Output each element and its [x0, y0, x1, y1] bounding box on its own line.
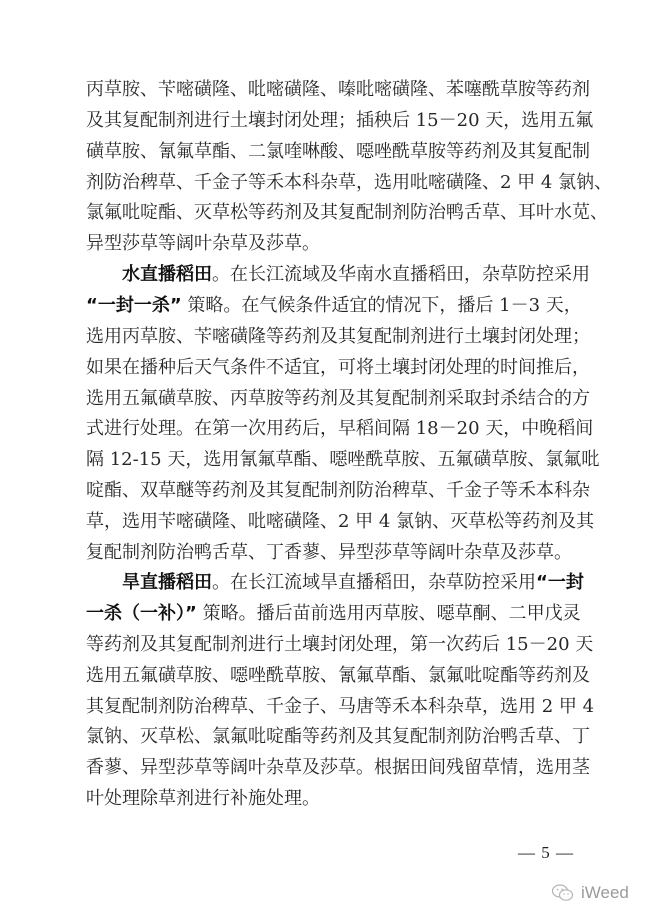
- text-line: 如果在播种后天气条件不适宜，可将土壤封闭处理的时间推后，: [86, 353, 570, 383]
- text-line: “一封一杀” 策略。在气候条件适宜的情况下，播后 1－3 天，: [86, 291, 570, 321]
- line-text: 及其复配制剂进行土壤封闭处理；插秧后 15－20 天，选用五氟: [86, 110, 593, 131]
- text-line: 及其复配制剂进行土壤封闭处理；插秧后 15－20 天，选用五氟: [86, 106, 570, 136]
- line-text: 复配制剂防治鸭舌草、丁香蓼、异型莎草等阔叶杂草及莎草。: [86, 542, 572, 563]
- text-line: 其复配制剂防治稗草、千金子、马唐等禾本科杂草，选用 2 甲 4: [86, 692, 570, 722]
- line-text: 叶处理除草剂进行补施处理。: [86, 788, 320, 809]
- text-line: 隔 12-15 天，选用氰氟草酯、噁唑酰草胺、五氟磺草胺、氯氟吡: [86, 445, 570, 475]
- line-text: 如果在播种后天气条件不适宜，可将土壤封闭处理的时间推后，: [86, 357, 590, 378]
- text-line: 氯钠、灭草松、氯氟吡啶酯等药剂及其复配制剂防治鸭舌草、丁: [86, 722, 570, 752]
- text-line: 剂防治稗草、千金子等禾本科杂草，选用吡嘧磺隆、2 甲 4 氯钠、: [86, 168, 570, 198]
- text-line: 叶处理除草剂进行补施处理。: [86, 784, 570, 814]
- line-text: 隔 12-15 天，选用氰氟草酯、噁唑酰草胺、五氟磺草胺、氯氟吡: [86, 449, 599, 470]
- strategy-label: “一封: [536, 572, 584, 593]
- text-line: 异型莎草等阔叶杂草及莎草。: [86, 229, 570, 259]
- line-text: 啶酯、双草醚等药剂及其复配制剂防治稗草、千金子等禾本科杂: [86, 480, 590, 501]
- line-text: 选用五氟磺草胺、丙草胺等药剂及其复配制剂采取封杀结合的方: [86, 388, 590, 409]
- text-line: 一杀（一补）” 策略。播后苗前选用丙草胺、噁草酮、二甲戊灵: [86, 599, 570, 629]
- text-line: 选用五氟磺草胺、丙草胺等药剂及其复配制剂采取封杀结合的方: [86, 384, 570, 414]
- line-text: 策略。播后苗前选用丙草胺、噁草酮、二甲戊灵: [197, 603, 581, 624]
- document-page: 丙草胺、苄嘧磺隆、吡嘧磺隆、嗪吡嘧磺隆、苯噻酰草胺等药剂 及其复配制剂进行土壤封…: [0, 0, 650, 921]
- watermark: iWeed: [551, 880, 629, 906]
- line-text: 香蓼、异型莎草等阔叶杂草及莎草。根据田间残留草情，选用茎: [86, 757, 590, 778]
- text-line: 式进行处理。在第一次用药后，早稻间隔 18－20 天，中晚稻间: [86, 414, 570, 444]
- text-line: 选用五氟磺草胺、噁唑酰草胺、氰氟草酯、氯氟吡啶酯等药剂及: [86, 661, 570, 691]
- section-heading-water-seeded: 水直播稻田: [122, 264, 212, 285]
- section-heading-line: 旱直播稻田。在长江流域旱直播稻田，杂草防控采用“一封: [86, 568, 570, 598]
- text-line: 氯氟吡啶酯、灭草松等药剂及其复配制剂防治鸭舌草、耳叶水苋、: [86, 198, 570, 228]
- line-text: 剂防治稗草、千金子等禾本科杂草，选用吡嘧磺隆、2 甲 4 氯钠、: [86, 172, 612, 193]
- text-line: 选用丙草胺、苄嘧磺隆等药剂及其复配制剂进行土壤封闭处理；: [86, 322, 570, 352]
- line-text: 磺草胺、氰氟草酯、二氯喹啉酸、噁唑酰草胺等药剂及其复配制: [86, 141, 590, 162]
- line-text: 。在长江流域旱直播稻田，杂草防控采用: [212, 572, 536, 593]
- text-line: 等药剂及其复配制剂进行土壤封闭处理，第一次药后 15－20 天: [86, 630, 570, 660]
- wechat-icon: [551, 883, 575, 903]
- line-text: 草，选用苄嘧磺隆、吡嘧磺隆、2 甲 4 氯钠、灭草松等药剂及其: [86, 511, 594, 532]
- text-line: 香蓼、异型莎草等阔叶杂草及莎草。根据田间残留草情，选用茎: [86, 753, 570, 783]
- line-text: 选用丙草胺、苄嘧磺隆等药剂及其复配制剂进行土壤封闭处理；: [86, 326, 590, 347]
- watermark-label: iWeed: [581, 883, 629, 903]
- line-text: 选用五氟磺草胺、噁唑酰草胺、氰氟草酯、氯氟吡啶酯等药剂及: [86, 665, 590, 686]
- line-text: 式进行处理。在第一次用药后，早稻间隔 18－20 天，中晚稻间: [86, 418, 593, 439]
- line-text: 。在长江流域及华南水直播稻田，杂草防控采用: [212, 264, 590, 285]
- text-line: 草，选用苄嘧磺隆、吡嘧磺隆、2 甲 4 氯钠、灭草松等药剂及其: [86, 507, 570, 537]
- section-heading-dry-seeded: 旱直播稻田: [122, 572, 212, 593]
- strategy-label: 一杀（一补）”: [86, 603, 197, 624]
- page-number: — 5 —: [518, 843, 574, 863]
- text-line: 丙草胺、苄嘧磺隆、吡嘧磺隆、嗪吡嘧磺隆、苯噻酰草胺等药剂: [86, 75, 570, 105]
- strategy-label: “一封一杀”: [86, 295, 182, 316]
- text-line: 磺草胺、氰氟草酯、二氯喹啉酸、噁唑酰草胺等药剂及其复配制: [86, 137, 570, 167]
- line-text: 氯氟吡啶酯、灭草松等药剂及其复配制剂防治鸭舌草、耳叶水苋、: [86, 202, 608, 223]
- text-line: 复配制剂防治鸭舌草、丁香蓼、异型莎草等阔叶杂草及莎草。: [86, 538, 570, 568]
- line-text: 异型莎草等阔叶杂草及莎草。: [86, 233, 320, 254]
- line-text: 丙草胺、苄嘧磺隆、吡嘧磺隆、嗪吡嘧磺隆、苯噻酰草胺等药剂: [86, 79, 590, 100]
- line-text: 其复配制剂防治稗草、千金子、马唐等禾本科杂草，选用 2 甲 4: [86, 696, 594, 717]
- line-text: 氯钠、灭草松、氯氟吡啶酯等药剂及其复配制剂防治鸭舌草、丁: [86, 726, 590, 747]
- section-heading-line: 水直播稻田。在长江流域及华南水直播稻田，杂草防控采用: [86, 260, 570, 290]
- line-text: 策略。在气候条件适宜的情况下，播后 1－3 天，: [182, 295, 582, 316]
- text-line: 啶酯、双草醚等药剂及其复配制剂防治稗草、千金子等禾本科杂: [86, 476, 570, 506]
- line-text: 等药剂及其复配制剂进行土壤封闭处理，第一次药后 15－20 天: [86, 634, 593, 655]
